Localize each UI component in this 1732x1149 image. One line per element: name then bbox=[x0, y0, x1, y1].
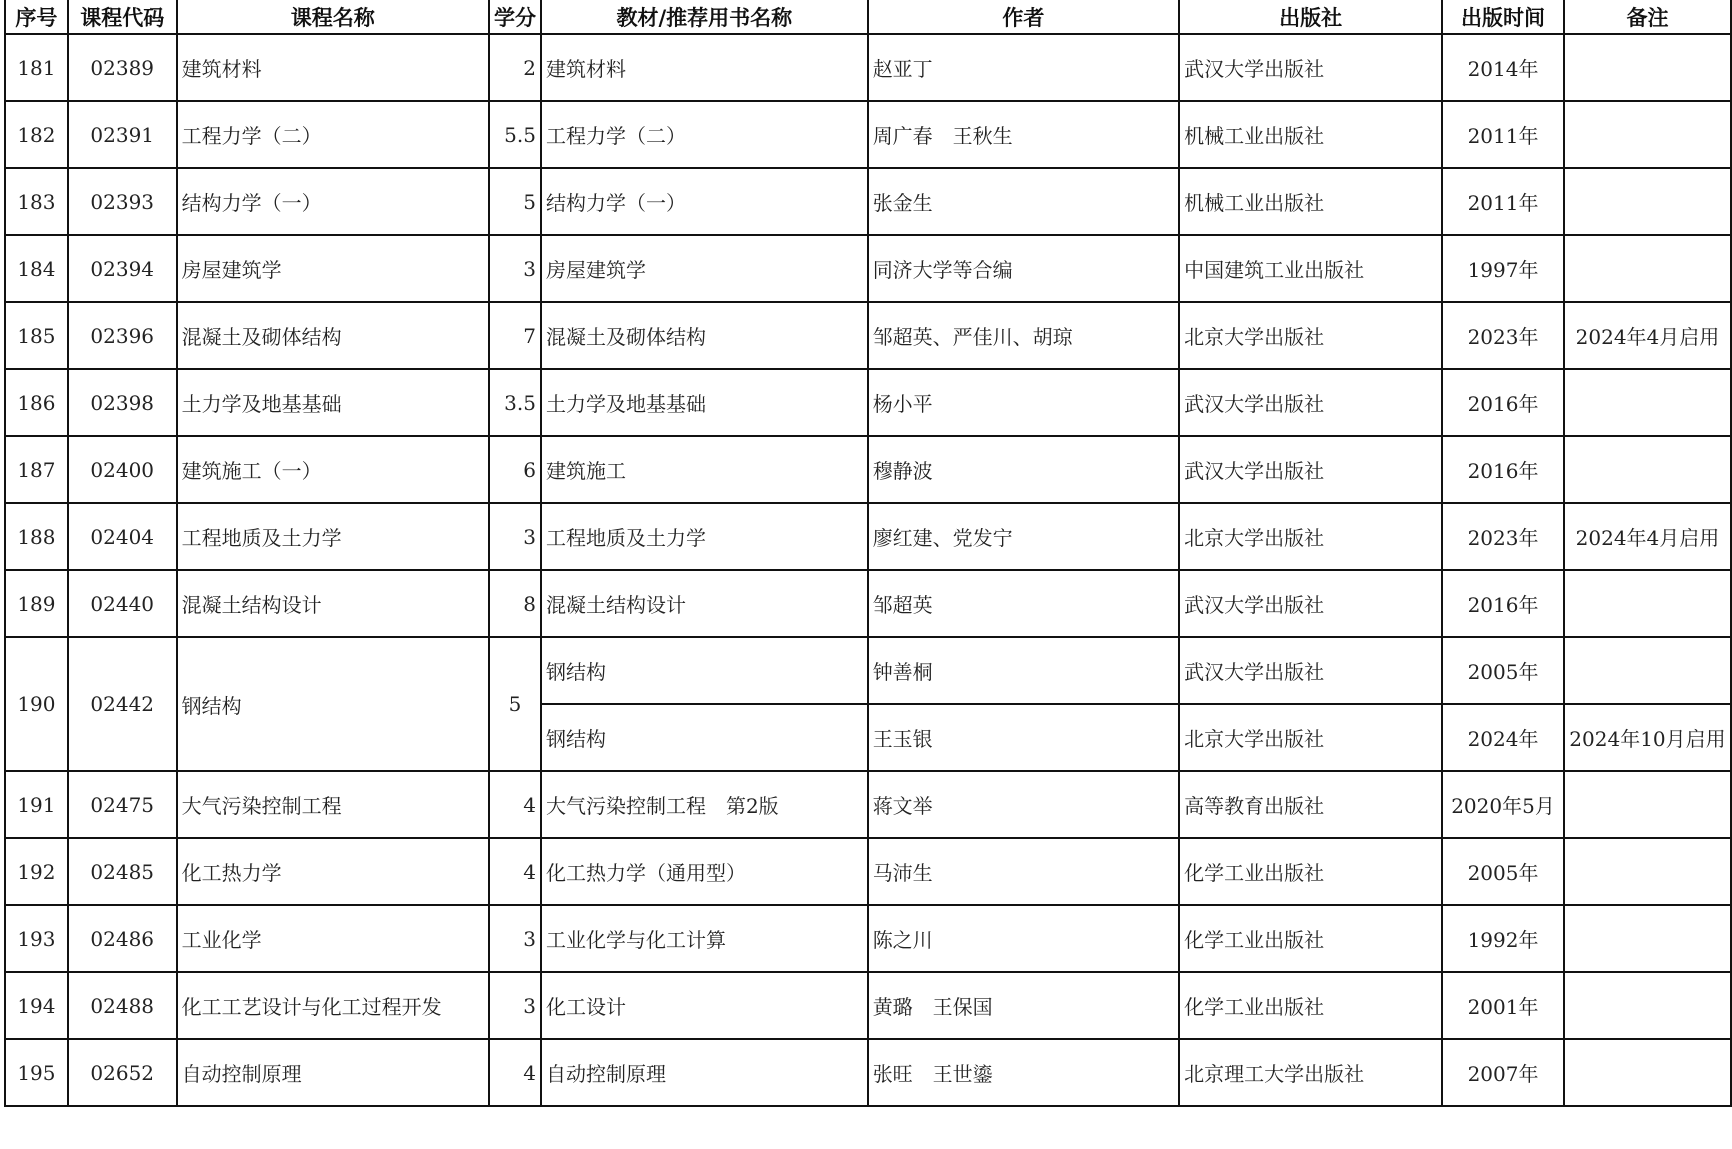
cell-author: 穆静波 bbox=[868, 436, 1179, 503]
cell-publish-date: 2005年 bbox=[1442, 838, 1564, 905]
cell-course-name: 工业化学 bbox=[177, 905, 489, 972]
cell-course-code: 02404 bbox=[68, 503, 177, 570]
cell-author: 王玉银 bbox=[868, 704, 1179, 771]
cell-course-name: 混凝土结构设计 bbox=[177, 570, 489, 637]
cell-textbook: 混凝土及砌体结构 bbox=[541, 302, 868, 369]
cell-note: 2024年10月启用 bbox=[1564, 704, 1731, 771]
cell-course-name: 自动控制原理 bbox=[177, 1039, 489, 1106]
table-row: 181 02389 建筑材料 2 建筑材料 赵亚丁 武汉大学出版社 2014年 bbox=[5, 34, 1731, 101]
cell-credit: 3 bbox=[489, 905, 541, 972]
cell-publisher: 机械工业出版社 bbox=[1179, 168, 1442, 235]
cell-index: 190 bbox=[5, 637, 68, 771]
cell-author: 杨小平 bbox=[868, 369, 1179, 436]
cell-index: 181 bbox=[5, 34, 68, 101]
cell-credit: 5 bbox=[489, 637, 541, 771]
cell-publish-date: 2014年 bbox=[1442, 34, 1564, 101]
cell-textbook: 工程地质及土力学 bbox=[541, 503, 868, 570]
cell-textbook: 结构力学（一） bbox=[541, 168, 868, 235]
cell-publisher: 化学工业出版社 bbox=[1179, 838, 1442, 905]
header-course-code: 课程代码 bbox=[68, 0, 177, 34]
cell-textbook: 土力学及地基基础 bbox=[541, 369, 868, 436]
cell-publish-date: 2016年 bbox=[1442, 436, 1564, 503]
cell-author: 廖红建、党发宁 bbox=[868, 503, 1179, 570]
cell-credit: 4 bbox=[489, 771, 541, 838]
cell-author: 赵亚丁 bbox=[868, 34, 1179, 101]
cell-index: 192 bbox=[5, 838, 68, 905]
cell-course-code: 02398 bbox=[68, 369, 177, 436]
cell-credit: 3.5 bbox=[489, 369, 541, 436]
cell-author: 张金生 bbox=[868, 168, 1179, 235]
cell-publisher: 北京大学出版社 bbox=[1179, 503, 1442, 570]
cell-publisher: 武汉大学出版社 bbox=[1179, 570, 1442, 637]
cell-note bbox=[1564, 838, 1731, 905]
cell-course-code: 02488 bbox=[68, 972, 177, 1039]
cell-publish-date: 2005年 bbox=[1442, 637, 1564, 704]
cell-publisher: 化学工业出版社 bbox=[1179, 972, 1442, 1039]
cell-course-code: 02652 bbox=[68, 1039, 177, 1106]
cell-publisher: 北京理工大学出版社 bbox=[1179, 1039, 1442, 1106]
cell-course-code: 02393 bbox=[68, 168, 177, 235]
table-row: 184 02394 房屋建筑学 3 房屋建筑学 同济大学等合编 中国建筑工业出版… bbox=[5, 235, 1731, 302]
cell-publisher: 武汉大学出版社 bbox=[1179, 34, 1442, 101]
cell-index: 189 bbox=[5, 570, 68, 637]
cell-course-name: 建筑材料 bbox=[177, 34, 489, 101]
cell-publish-date: 2023年 bbox=[1442, 302, 1564, 369]
cell-publish-date: 2011年 bbox=[1442, 101, 1564, 168]
header-publisher: 出版社 bbox=[1179, 0, 1442, 34]
cell-publisher: 北京大学出版社 bbox=[1179, 704, 1442, 771]
cell-textbook: 工程力学（二） bbox=[541, 101, 868, 168]
header-index: 序号 bbox=[5, 0, 68, 34]
cell-author: 张旺 王世鎏 bbox=[868, 1039, 1179, 1106]
header-note: 备注 bbox=[1564, 0, 1731, 34]
cell-credit: 5.5 bbox=[489, 101, 541, 168]
cell-textbook: 大气污染控制工程 第2版 bbox=[541, 771, 868, 838]
cell-index: 183 bbox=[5, 168, 68, 235]
cell-course-code: 02400 bbox=[68, 436, 177, 503]
cell-index: 193 bbox=[5, 905, 68, 972]
header-textbook: 教材/推荐用书名称 bbox=[541, 0, 868, 34]
cell-publish-date: 2023年 bbox=[1442, 503, 1564, 570]
cell-author: 马沛生 bbox=[868, 838, 1179, 905]
cell-index: 186 bbox=[5, 369, 68, 436]
cell-publish-date: 1992年 bbox=[1442, 905, 1564, 972]
cell-textbook: 工业化学与化工计算 bbox=[541, 905, 868, 972]
cell-author: 周广春 王秋生 bbox=[868, 101, 1179, 168]
cell-credit: 2 bbox=[489, 34, 541, 101]
cell-note bbox=[1564, 168, 1731, 235]
cell-textbook: 化工热力学（通用型） bbox=[541, 838, 868, 905]
cell-course-code: 02442 bbox=[68, 637, 177, 771]
cell-author: 陈之川 bbox=[868, 905, 1179, 972]
cell-publisher: 武汉大学出版社 bbox=[1179, 637, 1442, 704]
cell-publish-date: 1997年 bbox=[1442, 235, 1564, 302]
header-author: 作者 bbox=[868, 0, 1179, 34]
header-row: 序号 课程代码 课程名称 学分 教材/推荐用书名称 作者 出版社 出版时间 备注 bbox=[5, 0, 1731, 34]
table-row: 190 02442 钢结构 5 钢结构 钟善桐 武汉大学出版社 2005年 bbox=[5, 637, 1731, 704]
cell-publisher: 高等教育出版社 bbox=[1179, 771, 1442, 838]
cell-note bbox=[1564, 34, 1731, 101]
table-row: 187 02400 建筑施工（一） 6 建筑施工 穆静波 武汉大学出版社 201… bbox=[5, 436, 1731, 503]
cell-textbook: 建筑施工 bbox=[541, 436, 868, 503]
cell-credit: 3 bbox=[489, 503, 541, 570]
cell-credit: 4 bbox=[489, 838, 541, 905]
cell-publisher: 机械工业出版社 bbox=[1179, 101, 1442, 168]
cell-textbook: 化工设计 bbox=[541, 972, 868, 1039]
cell-author: 蒋文举 bbox=[868, 771, 1179, 838]
table-row: 189 02440 混凝土结构设计 8 混凝土结构设计 邹超英 武汉大学出版社 … bbox=[5, 570, 1731, 637]
cell-credit: 8 bbox=[489, 570, 541, 637]
cell-course-name: 化工热力学 bbox=[177, 838, 489, 905]
cell-course-name: 房屋建筑学 bbox=[177, 235, 489, 302]
table-row: 193 02486 工业化学 3 工业化学与化工计算 陈之川 化学工业出版社 1… bbox=[5, 905, 1731, 972]
table-row: 188 02404 工程地质及土力学 3 工程地质及土力学 廖红建、党发宁 北京… bbox=[5, 503, 1731, 570]
cell-publish-date: 2011年 bbox=[1442, 168, 1564, 235]
header-publish-date: 出版时间 bbox=[1442, 0, 1564, 34]
cell-index: 195 bbox=[5, 1039, 68, 1106]
cell-course-name: 工程力学（二） bbox=[177, 101, 489, 168]
cell-publish-date: 2001年 bbox=[1442, 972, 1564, 1039]
cell-note bbox=[1564, 972, 1731, 1039]
cell-course-name: 建筑施工（一） bbox=[177, 436, 489, 503]
table-row: 191 02475 大气污染控制工程 4 大气污染控制工程 第2版 蒋文举 高等… bbox=[5, 771, 1731, 838]
cell-publish-date: 2024年 bbox=[1442, 704, 1564, 771]
cell-note bbox=[1564, 771, 1731, 838]
cell-index: 182 bbox=[5, 101, 68, 168]
cell-textbook: 钢结构 bbox=[541, 704, 868, 771]
cell-course-code: 02389 bbox=[68, 34, 177, 101]
cell-index: 184 bbox=[5, 235, 68, 302]
cell-course-code: 02396 bbox=[68, 302, 177, 369]
table-row: 195 02652 自动控制原理 4 自动控制原理 张旺 王世鎏 北京理工大学出… bbox=[5, 1039, 1731, 1106]
cell-course-code: 02475 bbox=[68, 771, 177, 838]
cell-publish-date: 2020年5月 bbox=[1442, 771, 1564, 838]
cell-index: 191 bbox=[5, 771, 68, 838]
cell-course-code: 02391 bbox=[68, 101, 177, 168]
cell-credit: 5 bbox=[489, 168, 541, 235]
cell-credit: 6 bbox=[489, 436, 541, 503]
table-row: 183 02393 结构力学（一） 5 结构力学（一） 张金生 机械工业出版社 … bbox=[5, 168, 1731, 235]
cell-author: 同济大学等合编 bbox=[868, 235, 1179, 302]
cell-author: 钟善桐 bbox=[868, 637, 1179, 704]
cell-course-name: 结构力学（一） bbox=[177, 168, 489, 235]
cell-note bbox=[1564, 905, 1731, 972]
cell-publish-date: 2016年 bbox=[1442, 369, 1564, 436]
cell-note: 2024年4月启用 bbox=[1564, 503, 1731, 570]
cell-publisher: 武汉大学出版社 bbox=[1179, 369, 1442, 436]
header-credit: 学分 bbox=[489, 0, 541, 34]
cell-course-name: 工程地质及土力学 bbox=[177, 503, 489, 570]
cell-note bbox=[1564, 1039, 1731, 1106]
cell-publisher: 化学工业出版社 bbox=[1179, 905, 1442, 972]
cell-note bbox=[1564, 637, 1731, 704]
cell-publish-date: 2007年 bbox=[1442, 1039, 1564, 1106]
cell-note: 2024年4月启用 bbox=[1564, 302, 1731, 369]
cell-index: 188 bbox=[5, 503, 68, 570]
cell-note bbox=[1564, 369, 1731, 436]
cell-author: 邹超英、严佳川、胡琼 bbox=[868, 302, 1179, 369]
cell-note bbox=[1564, 235, 1731, 302]
cell-course-name: 钢结构 bbox=[177, 637, 489, 771]
cell-course-code: 02486 bbox=[68, 905, 177, 972]
cell-publisher: 武汉大学出版社 bbox=[1179, 436, 1442, 503]
cell-author: 黄璐 王保国 bbox=[868, 972, 1179, 1039]
cell-publish-date: 2016年 bbox=[1442, 570, 1564, 637]
cell-credit: 3 bbox=[489, 972, 541, 1039]
cell-course-code: 02440 bbox=[68, 570, 177, 637]
cell-textbook: 混凝土结构设计 bbox=[541, 570, 868, 637]
table-row: 182 02391 工程力学（二） 5.5 工程力学（二） 周广春 王秋生 机械… bbox=[5, 101, 1731, 168]
header-course-name: 课程名称 bbox=[177, 0, 489, 34]
cell-course-code: 02394 bbox=[68, 235, 177, 302]
cell-index: 194 bbox=[5, 972, 68, 1039]
table-row: 185 02396 混凝土及砌体结构 7 混凝土及砌体结构 邹超英、严佳川、胡琼… bbox=[5, 302, 1731, 369]
cell-course-name: 化工工艺设计与化工过程开发 bbox=[177, 972, 489, 1039]
cell-credit: 7 bbox=[489, 302, 541, 369]
cell-author: 邹超英 bbox=[868, 570, 1179, 637]
cell-textbook: 建筑材料 bbox=[541, 34, 868, 101]
cell-credit: 4 bbox=[489, 1039, 541, 1106]
cell-index: 185 bbox=[5, 302, 68, 369]
cell-note bbox=[1564, 570, 1731, 637]
textbook-table: 序号 课程代码 课程名称 学分 教材/推荐用书名称 作者 出版社 出版时间 备注… bbox=[4, 0, 1732, 1107]
cell-note bbox=[1564, 101, 1731, 168]
cell-course-name: 大气污染控制工程 bbox=[177, 771, 489, 838]
cell-credit: 3 bbox=[489, 235, 541, 302]
cell-course-code: 02485 bbox=[68, 838, 177, 905]
table-row: 186 02398 土力学及地基基础 3.5 土力学及地基基础 杨小平 武汉大学… bbox=[5, 369, 1731, 436]
cell-note bbox=[1564, 436, 1731, 503]
cell-publisher: 北京大学出版社 bbox=[1179, 302, 1442, 369]
cell-textbook: 自动控制原理 bbox=[541, 1039, 868, 1106]
cell-publisher: 中国建筑工业出版社 bbox=[1179, 235, 1442, 302]
table-row: 192 02485 化工热力学 4 化工热力学（通用型） 马沛生 化学工业出版社… bbox=[5, 838, 1731, 905]
cell-textbook: 钢结构 bbox=[541, 637, 868, 704]
table-row: 194 02488 化工工艺设计与化工过程开发 3 化工设计 黄璐 王保国 化学… bbox=[5, 972, 1731, 1039]
cell-index: 187 bbox=[5, 436, 68, 503]
cell-course-name: 土力学及地基基础 bbox=[177, 369, 489, 436]
cell-course-name: 混凝土及砌体结构 bbox=[177, 302, 489, 369]
cell-textbook: 房屋建筑学 bbox=[541, 235, 868, 302]
